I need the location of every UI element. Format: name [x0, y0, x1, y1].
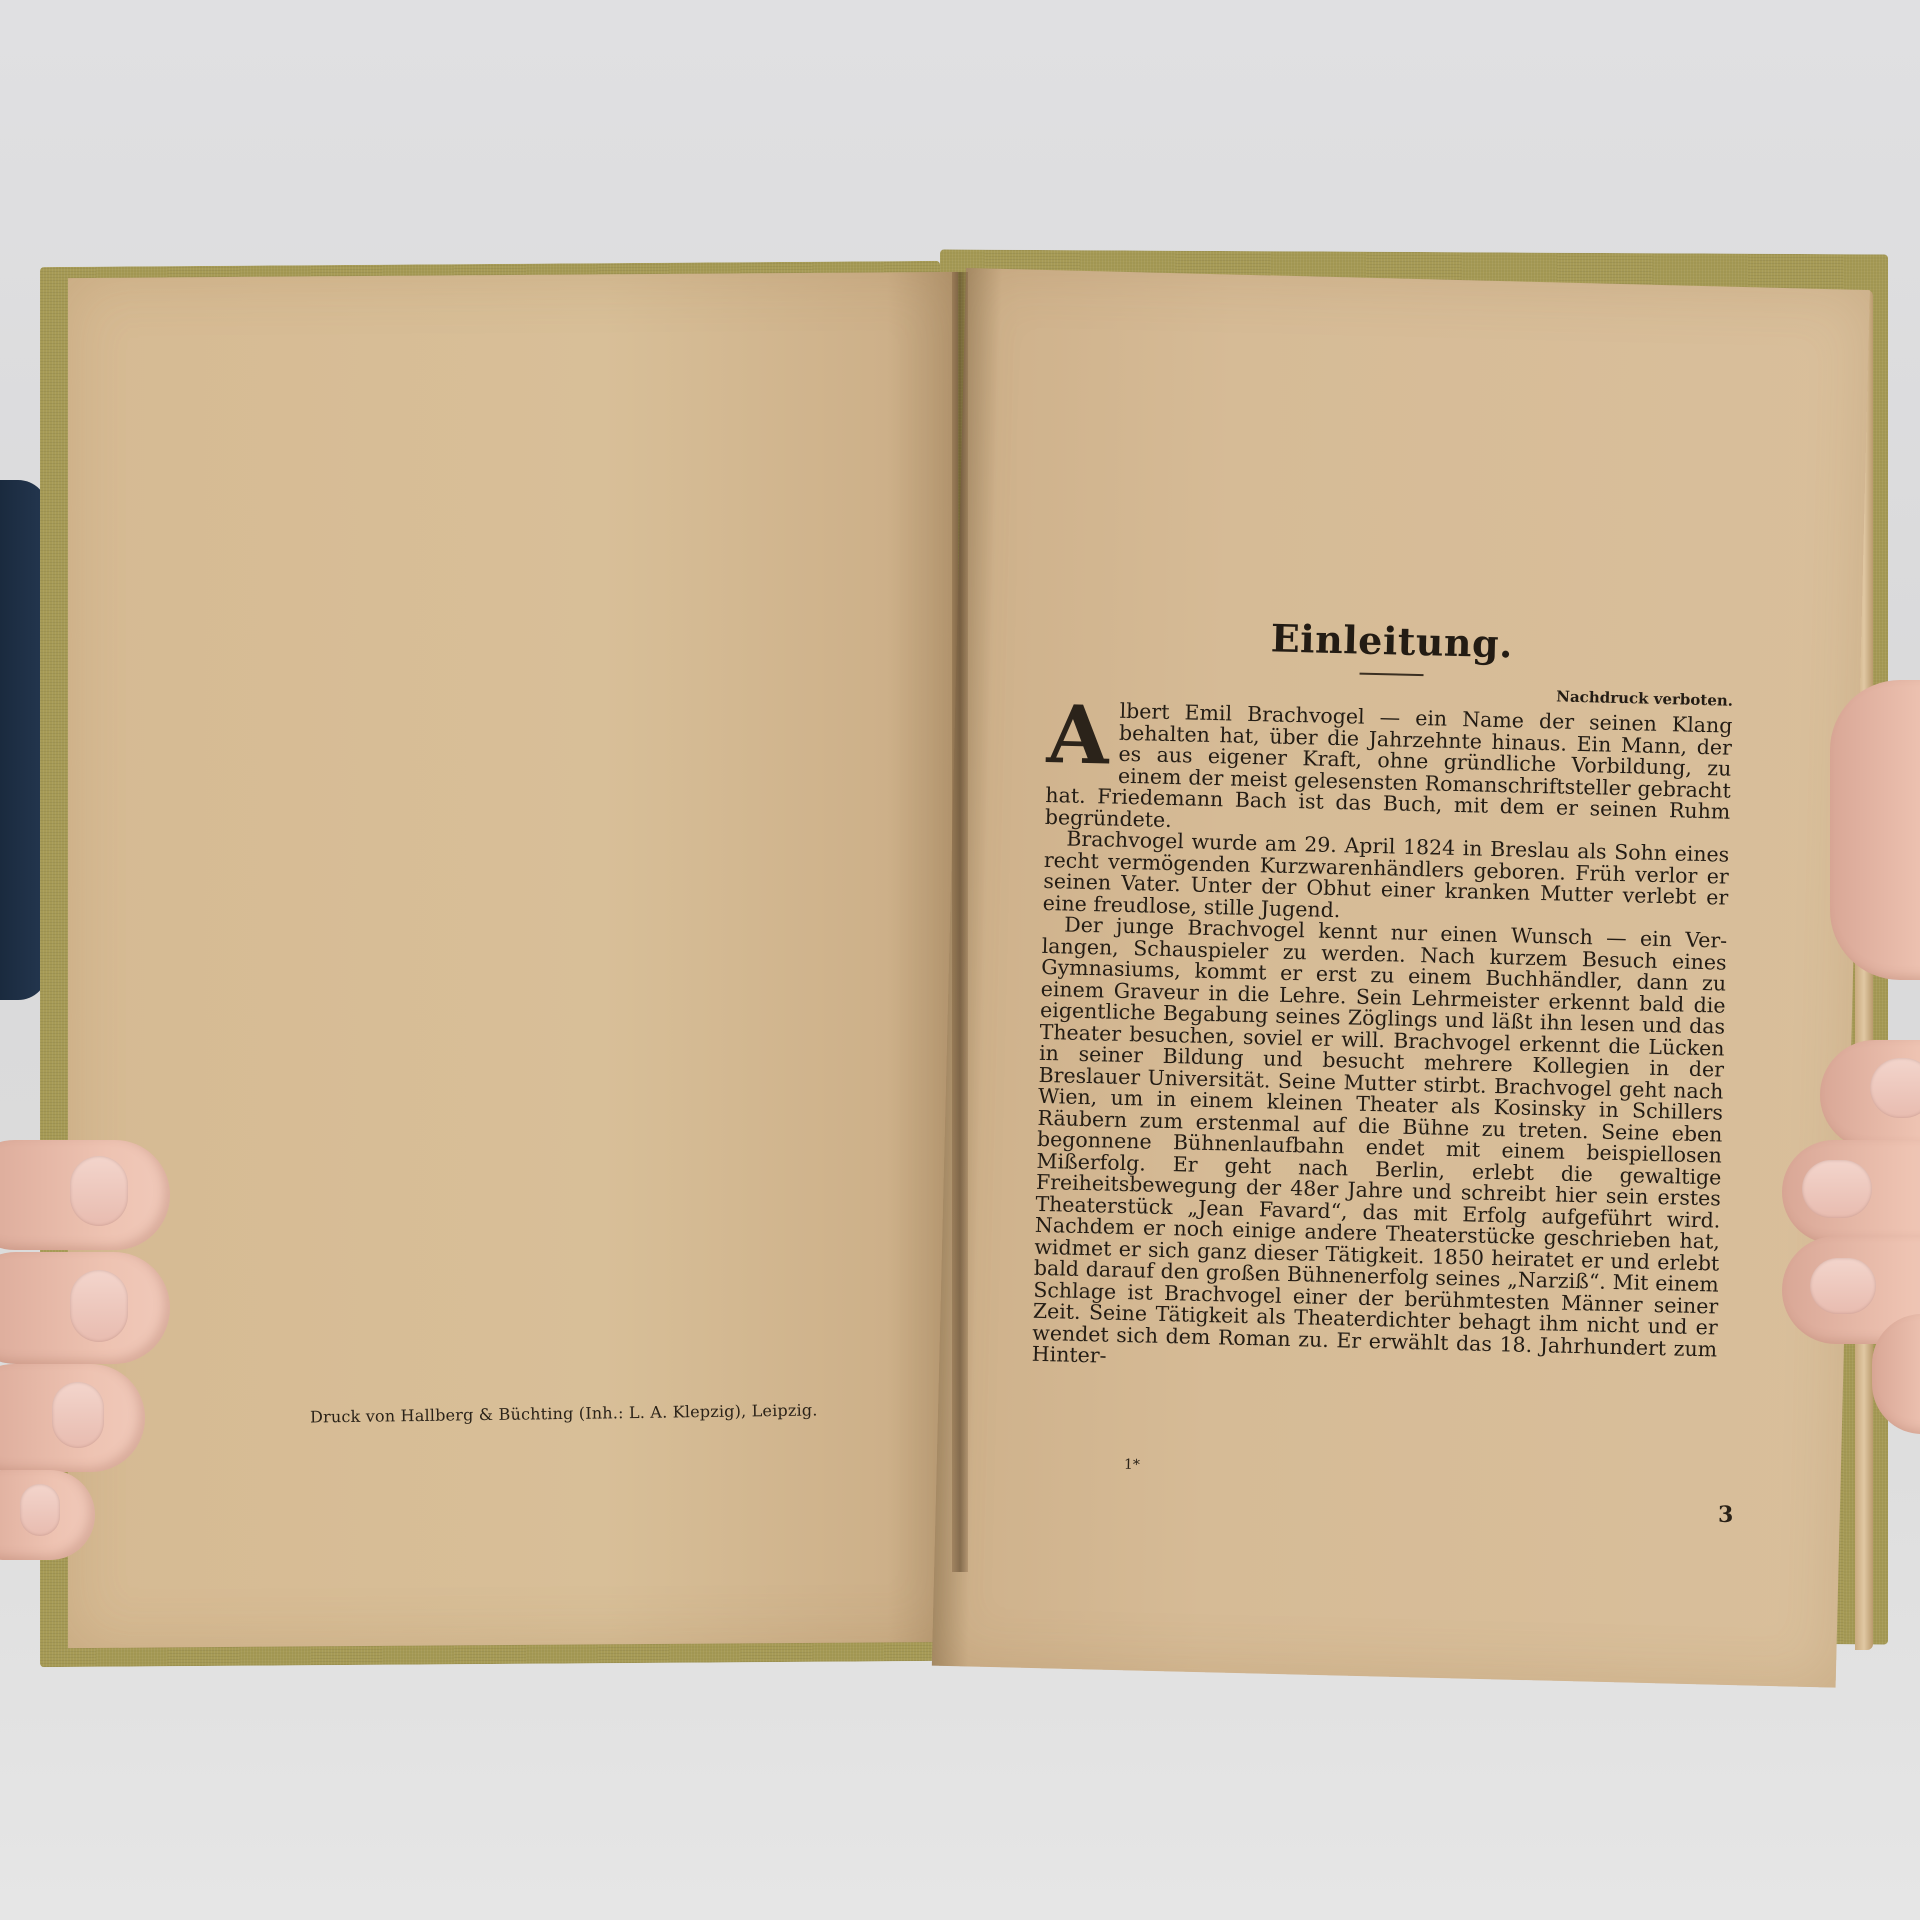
finger [0, 1470, 95, 1560]
finger [1820, 1040, 1920, 1150]
fingernail [1810, 1258, 1876, 1314]
thumb [1830, 680, 1920, 980]
photo-scene: Druck von Hallberg & Büchting (Inh.: L. … [0, 0, 1920, 1920]
fingernail [20, 1484, 60, 1536]
fingernail [1870, 1058, 1920, 1118]
paragraph: A lbert Emil Brachvogel — ein Name der s… [1045, 699, 1733, 845]
fingernail [70, 1270, 128, 1342]
drop-cap: A [1046, 701, 1110, 768]
finger [0, 1364, 145, 1472]
signature-mark: 1* [1124, 1457, 1140, 1473]
fingernail [1802, 1160, 1872, 1218]
paragraph-text: lbert Emil Brachvogel — ein Name der sei… [1045, 699, 1733, 832]
book-gutter [952, 272, 968, 1572]
finger [0, 1252, 170, 1364]
page-number: 3 [1718, 1502, 1733, 1528]
chapter-text-block: Einleitung. Nachdruck verboten. A lbert … [1032, 610, 1735, 1382]
left-page[interactable] [68, 272, 958, 1648]
finger [1782, 1140, 1920, 1244]
finger [0, 1140, 170, 1250]
paragraph: Der junge Brachvogel kennt nur einen Wun… [1032, 914, 1728, 1382]
fingernail [52, 1382, 104, 1448]
title-rule [1359, 673, 1423, 677]
fingernail [70, 1156, 128, 1226]
